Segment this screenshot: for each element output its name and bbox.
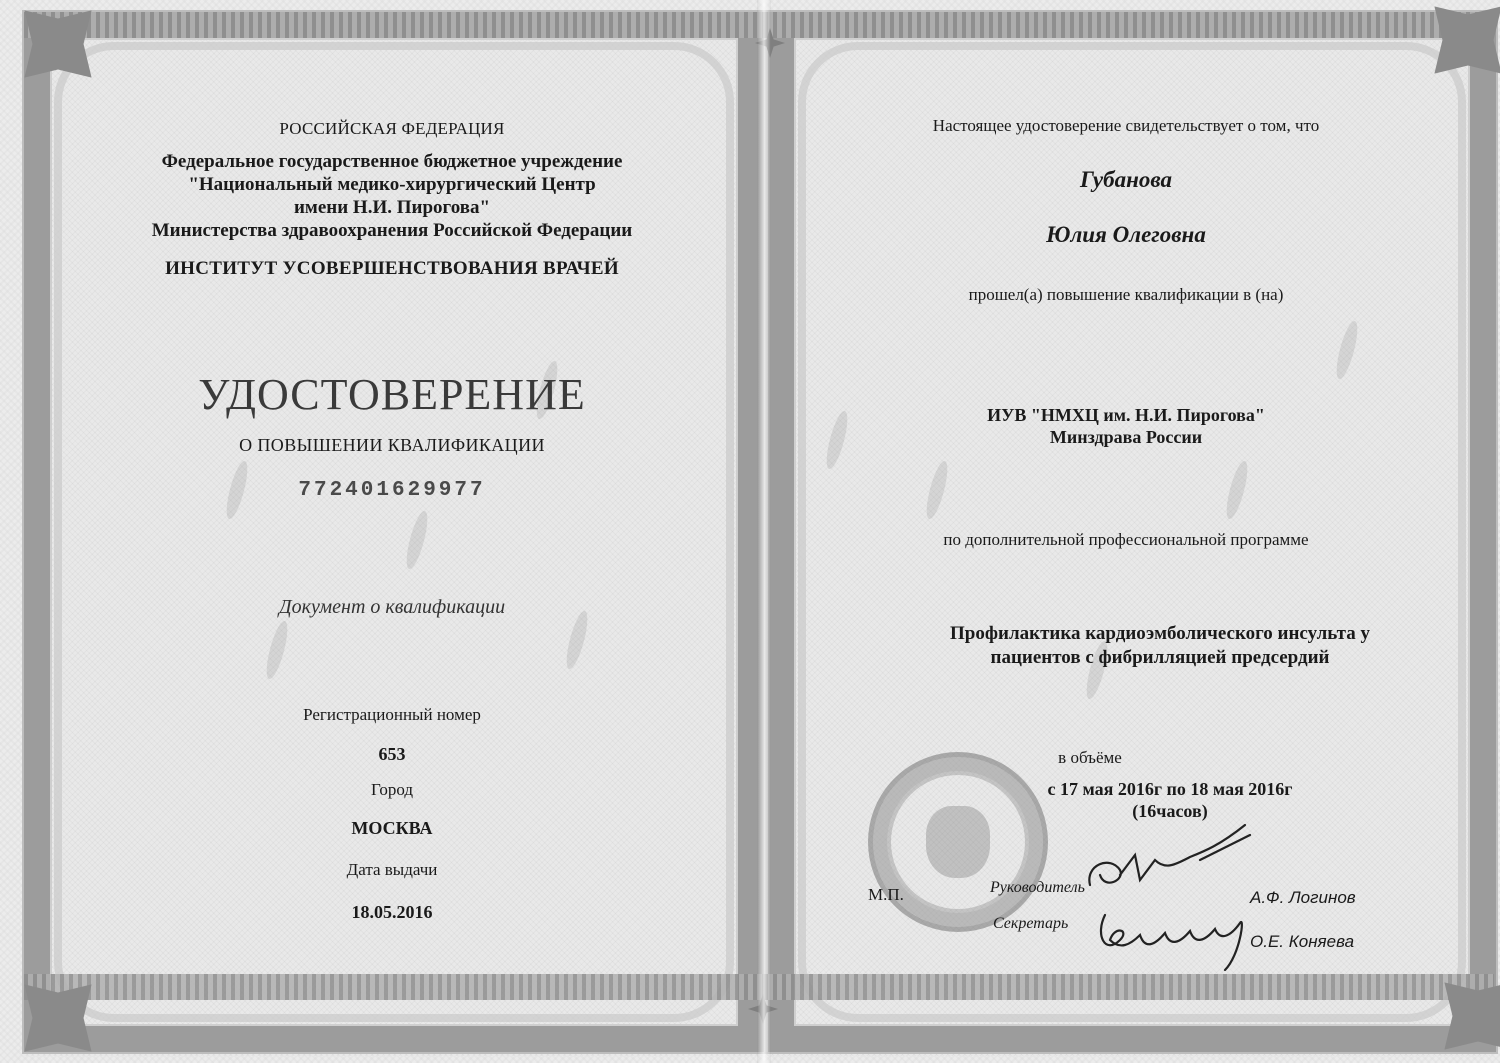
top-guilloche-band-right	[764, 12, 1494, 38]
organization-line: Министерства здравоохранения Российской …	[22, 219, 762, 242]
bottom-guilloche-band-right	[764, 974, 1494, 1000]
coat-of-arms-icon	[926, 806, 990, 878]
institute-name: ИНСТИТУТ УСОВЕРШЕНСТВОВАНИЯ ВРАЧЕЙ	[22, 258, 762, 280]
stamp-place-label: М.П.	[868, 885, 904, 905]
corner-ornament-icon	[1444, 982, 1500, 1049]
organization-line: имени Н.И. Пирогова"	[22, 196, 762, 219]
city-label: Город	[22, 780, 762, 800]
organization-name: Федеральное государственное бюджетное уч…	[22, 150, 762, 242]
institution-line: Минздрава России	[762, 426, 1490, 448]
training-period: с 17 мая 2016г по 18 мая 2016г	[1020, 779, 1320, 800]
corner-ornament-icon	[24, 10, 91, 77]
volume-label: в объёме	[1030, 748, 1150, 768]
organization-line: "Национальный медико-хирургический Центр	[22, 173, 762, 196]
issue-date-label: Дата выдачи	[22, 860, 762, 880]
program-line: пациентов с фибрилляцией предсердий	[890, 646, 1430, 670]
document-title: УДОСТОВЕРЕНИЕ	[22, 369, 762, 420]
holder-given-names: Юлия Олеговна	[762, 222, 1490, 248]
country-heading: РОССИЙСКАЯ ФЕДЕРАЦИЯ	[22, 119, 762, 139]
registration-number: 653	[22, 744, 762, 765]
top-guilloche-band-left	[24, 12, 764, 38]
bottom-guilloche-band-left	[24, 974, 764, 1000]
issue-date-value: 18.05.2016	[22, 902, 762, 923]
official-seal	[868, 752, 1048, 932]
city-value: МОСКВА	[22, 818, 762, 839]
corner-ornament-icon	[1434, 6, 1500, 73]
program-label: по дополнительной профессиональной прогр…	[762, 530, 1490, 550]
institution-line: ИУВ "НМХЦ им. Н.И. Пирогова"	[762, 404, 1490, 426]
document-subtitle: О ПОВЫШЕНИИ КВАЛИФИКАЦИИ	[22, 435, 762, 456]
corner-ornament-icon	[24, 984, 91, 1051]
program-line: Профилактика кардиоэмболического инсульт…	[890, 622, 1430, 646]
signatory-name-secretary: О.Е. Коняева	[1250, 932, 1354, 952]
certifies-text: Настоящее удостоверение свидетельствует …	[762, 116, 1490, 136]
serial-number: 772401629977	[22, 479, 762, 502]
signatory-role-secretary: Секретарь	[993, 915, 1068, 933]
signatory-name-head: А.Ф. Логинов	[1250, 888, 1356, 908]
organization-line: Федеральное государственное бюджетное уч…	[22, 150, 762, 173]
passed-training-text: прошел(а) повышение квалификации в (на)	[762, 285, 1490, 305]
handwritten-signature-head	[1080, 815, 1260, 895]
registration-label: Регистрационный номер	[22, 705, 762, 725]
document-kind: Документ о квалификации	[22, 596, 762, 619]
program-title: Профилактика кардиоэмболического инсульт…	[890, 622, 1430, 670]
handwritten-signature-secretary	[1095, 895, 1255, 975]
training-institution: ИУВ "НМХЦ им. Н.И. Пирогова" Минздрава Р…	[762, 404, 1490, 448]
signatory-role-head: Руководитель	[990, 879, 1085, 897]
holder-surname: Губанова	[762, 167, 1490, 193]
